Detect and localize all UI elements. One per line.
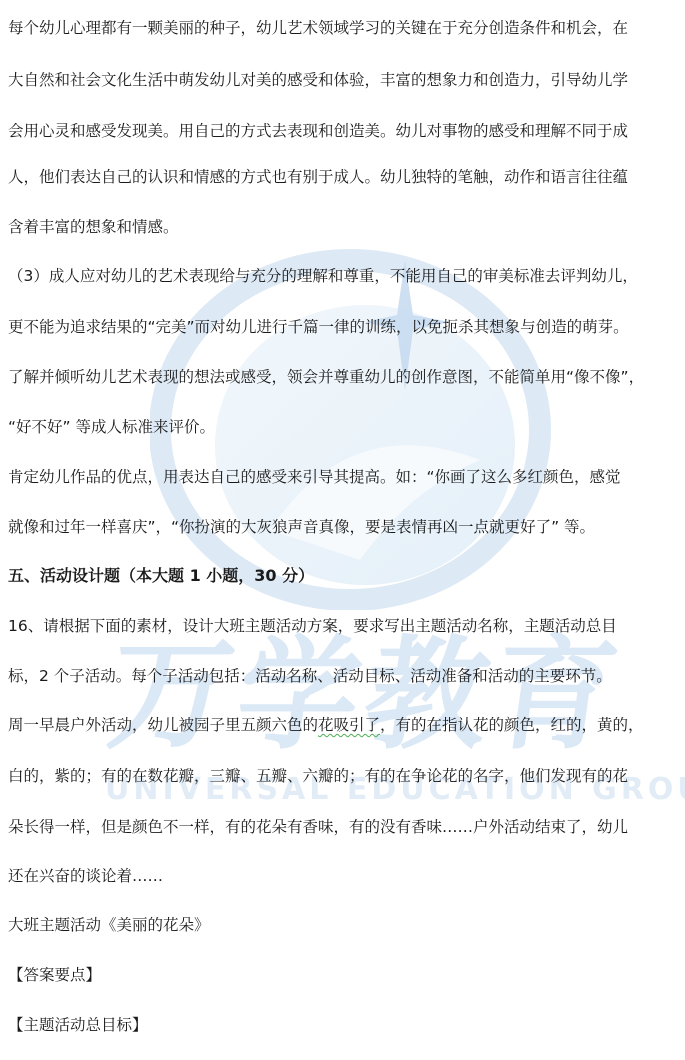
material-line: 还在兴奋的谈论着…… bbox=[8, 866, 163, 886]
paragraph-line: 更不能为追求结果的“完美”而对幼儿进行千篇一律的训练，以免扼杀其想象与创造的萌芽… bbox=[8, 317, 629, 337]
material-line: 周一早晨户外活动，幼儿被园子里五颜六色的花吸引了，有的在指认花的颜色，红的，黄的… bbox=[8, 715, 644, 735]
paragraph-line: 每个幼儿心理都有一颗美丽的种子，幼儿艺术领域学习的关键在于充分创造条件和机会，在 bbox=[8, 18, 628, 38]
paragraph-line: “好不好” 等成人标准来评价。 bbox=[8, 417, 215, 437]
paragraph-line: 会用心灵和感受发现美。用自己的方式去表现和创造美。幼儿对事物的感受和理解不同于成 bbox=[8, 121, 628, 141]
question-line: 16、请根据下面的素材，设计大班主题活动方案，要求写出主题活动名称，主题活动总目 bbox=[8, 616, 617, 636]
material-text: 周一早晨户外活动，幼儿被园子里五颜六色的 bbox=[8, 716, 318, 734]
grammar-check-underline: 花吸引了 bbox=[318, 716, 380, 734]
paragraph-line: 人，他们表达自己的认识和情感的方式也有别于成人。幼儿独特的笔触，动作和语言往往蕴 bbox=[8, 167, 628, 187]
material-line: 朵长得一样，但是颜色不一样，有的花朵有香味，有的没有香味……户外活动结束了，幼儿 bbox=[8, 817, 628, 837]
paragraph-line: 就像和过年一样喜庆”，“你扮演的大灰狼声音真像，要是表情再凶一点就更好了” 等。 bbox=[8, 517, 595, 537]
section-heading: 五、活动设计题（本大题 1 小题，30 分） bbox=[8, 566, 314, 586]
paragraph-line: 肯定幼儿作品的优点，用表达自己的感受来引导其提高。如：“你画了这么多红颜色，感觉 bbox=[8, 467, 621, 487]
paragraph-line: （3）成人应对幼儿的艺术表现给与充分的理解和尊重，不能用自己的审美标准去评判幼儿… bbox=[8, 266, 638, 286]
paragraph-line: 了解并倾听幼儿艺术表现的想法或感受，领会并尊重幼儿的创作意图，不能简单用“像不像… bbox=[8, 367, 644, 387]
answer-points-label: 【答案要点】 bbox=[8, 965, 101, 985]
paragraph-line: 大自然和社会文化生活中萌发幼儿对美的感受和体验，丰富的想象力和创造力，引导幼儿学 bbox=[8, 70, 628, 90]
material-text: ，有的在指认花的颜色，红的，黄的， bbox=[380, 716, 644, 734]
paragraph-line: 含着丰富的想象和情感。 bbox=[8, 217, 179, 237]
question-line: 标，2 个子活动。每个子活动包括：活动名称、活动目标、活动准备和活动的主要环节。 bbox=[8, 666, 612, 686]
activity-title: 大班主题活动《美丽的花朵》 bbox=[8, 915, 210, 935]
overall-goal-label: 【主题活动总目标】 bbox=[8, 1015, 148, 1035]
material-line: 白的，紫的；有的在数花瓣，三瓣、五瓣、六瓣的；有的在争论花的名字，他们发现有的花 bbox=[8, 766, 628, 786]
